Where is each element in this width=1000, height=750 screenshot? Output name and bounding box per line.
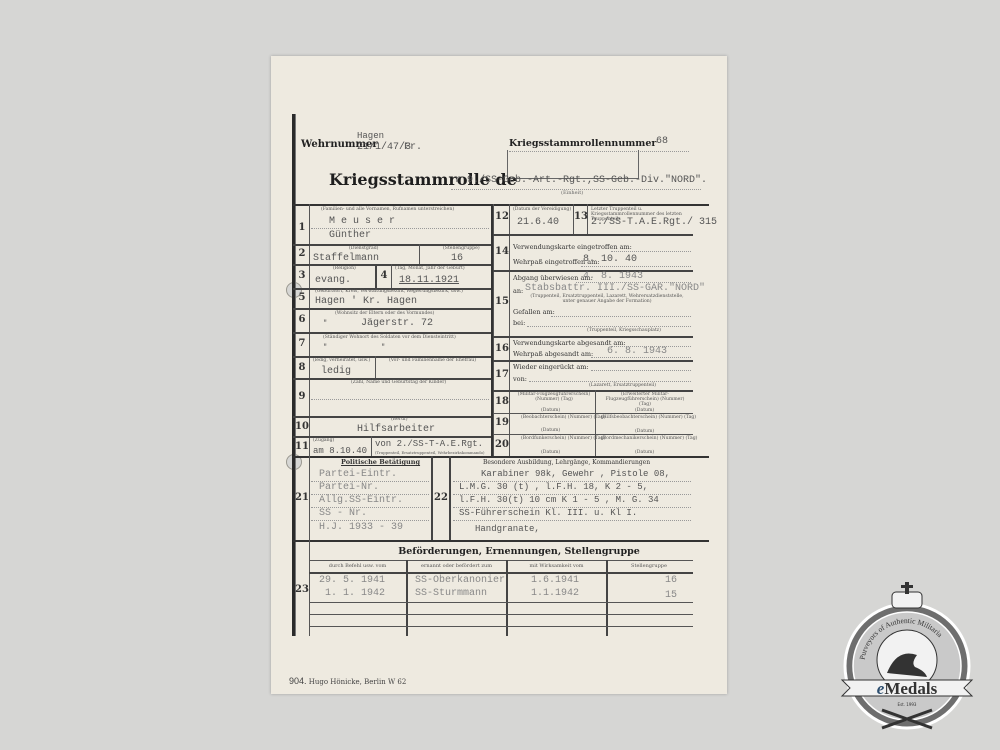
political-line: SS - Nr.	[319, 508, 367, 519]
row-number: 5	[295, 292, 309, 303]
pay-group-cell: 15	[665, 590, 677, 601]
field-caption: (Datum)	[635, 450, 654, 455]
surname-value: M e u s e r	[329, 216, 395, 227]
row-number: 14	[495, 246, 509, 257]
row-number: 8	[295, 362, 309, 373]
ditto-mark: "	[323, 320, 327, 328]
divider	[493, 204, 494, 456]
field-caption: (Datum)	[541, 450, 560, 455]
row-label: (Geburtsort, Kreis, Verwaltungsbezirk, R…	[315, 289, 463, 294]
divider	[453, 520, 691, 521]
field-label: Wieder eingerückt am:	[513, 363, 589, 371]
ditto-mark: "	[323, 344, 327, 352]
divider	[419, 244, 420, 264]
wehrnummer-value: 21/1/47/3	[357, 142, 411, 153]
row-label: (Militär-Flugzeugführerschein) (Nummer) …	[515, 392, 593, 402]
pay-group-cell: 16	[665, 575, 677, 586]
row-number: 23	[295, 584, 309, 595]
field-label: Verwendungskarte eingetroffen am:	[513, 243, 632, 251]
row-label: (Dienstgrad)	[349, 246, 378, 251]
row-label: (Hilfsbeobachterschein) (Nummer) (Tag)	[601, 415, 696, 420]
row-label: (Truppenteil, Ersatztruppenteil, Wehrbez…	[375, 450, 484, 455]
divider	[529, 381, 691, 382]
form-footer: 904. Hugo Hönicke, Berlin W 62	[289, 676, 406, 686]
divider	[309, 602, 693, 603]
field-caption: (Lazarett, Ersatztruppenteil)	[589, 383, 656, 388]
row-label: (Stellengruppe)	[443, 246, 480, 251]
divider	[611, 251, 691, 252]
birth-date-value: 18.11.1921	[399, 275, 459, 286]
row-number: 3	[295, 270, 309, 281]
divider	[551, 316, 691, 317]
column-header: durch Befehl usw. vom	[309, 563, 406, 569]
divider	[595, 390, 596, 456]
divider	[581, 266, 691, 267]
row-label: (Datum der Vereidigung)	[513, 207, 571, 212]
divider	[311, 520, 429, 521]
entry-unit-value: von 2./SS-T-A.E.Rgt.	[375, 439, 483, 449]
training-line: Handgranate,	[475, 524, 540, 534]
divider	[493, 336, 693, 338]
row-number: 2	[295, 248, 309, 259]
divider	[509, 204, 510, 456]
form-frame-inner	[295, 114, 296, 636]
divider	[493, 360, 693, 362]
row-label: (Familien- und alle Vornamen, Rufnamen u…	[321, 207, 454, 212]
effective-date-cell: 1.1.1942	[531, 588, 579, 599]
effective-date-cell: 1.6.1941	[531, 575, 579, 586]
field-label: von:	[513, 375, 527, 383]
field-caption: (Truppenteil, Ersatztruppenteil, Lazaret…	[527, 294, 687, 304]
ditto-mark: "	[381, 344, 385, 352]
divider	[309, 560, 693, 561]
divider	[449, 456, 451, 540]
divider	[311, 399, 489, 400]
wehrpass-sent-value: 6. 8. 1943	[607, 346, 667, 357]
wehrnummer-suffix: Fr.	[404, 142, 422, 153]
row-number: 11	[295, 441, 309, 452]
divider	[493, 434, 693, 435]
svg-text:eMedals: eMedals	[877, 679, 938, 698]
divider	[371, 436, 372, 456]
column-header: mit Wirksamkeit vom	[507, 563, 606, 569]
document-page: Wehrnummer Hagen 21/1/47/3 Fr. Kriegssta…	[271, 56, 727, 694]
divider	[375, 356, 376, 378]
row-label: (Zahl, Name und Geburtstag der Kinder)	[351, 380, 446, 385]
divider	[309, 456, 310, 540]
divider	[309, 572, 693, 574]
field-label: bei:	[513, 319, 525, 327]
row-number: 13	[574, 211, 587, 222]
rank-cell: SS-Sturmmann	[415, 588, 487, 599]
divider	[293, 540, 709, 542]
kriegsstammrollennummer-value: 68	[656, 136, 668, 147]
row-label: (Erweiterter Militär-Flugzeugführerschei…	[599, 392, 691, 407]
pay-group-value: 16	[451, 253, 463, 264]
parents-address-value: Jägerstr. 72	[361, 318, 433, 329]
order-date-cell: 29. 5. 1941	[319, 575, 385, 586]
field-caption: (Datum)	[541, 428, 560, 433]
row-number: 4	[377, 270, 391, 281]
row-label: (Bordmechanikerschein) (Nummer) (Tag)	[601, 436, 697, 441]
field-label: Wehrpaß abgesandt am:	[513, 350, 593, 358]
profession-value: Hilfsarbeiter	[357, 424, 435, 435]
divider	[293, 332, 491, 334]
row-number: 7	[295, 338, 309, 349]
divider	[493, 413, 693, 414]
row-number: 6	[295, 314, 309, 325]
oath-date-value: 21.6.40	[517, 217, 559, 228]
column-header: ernannt oder befördert zum	[407, 563, 506, 569]
birthplace-value: Hagen ' Kr. Hagen	[315, 296, 417, 307]
row-label: (Zugang)	[313, 438, 334, 443]
training-line: Karabiner 98k, Gewehr , Pistole 08,	[481, 469, 670, 479]
political-line: Partei-Nr.	[319, 482, 379, 493]
departure-date-value: 4. 8. 1943	[583, 271, 643, 282]
field-label: Gefallen am:	[513, 308, 555, 316]
training-line: l.F.H. 30(t) 10 cm K 1 - 5 , M. G. 34	[459, 495, 659, 505]
given-name-value: Günther	[329, 230, 371, 241]
training-heading: Besondere Ausbildung, Lehrgänge, Kommand…	[483, 459, 650, 466]
training-line: L.M.G. 30 (t) , l.F.H. 18, K 2 - 5,	[459, 482, 648, 492]
divider	[591, 357, 691, 358]
wehrpass-received-value: 8. 10. 40	[583, 254, 637, 265]
column-header: Stellengruppe	[607, 563, 691, 569]
last-unit-value: 2./SS-T.A.E.Rgt./ 315	[591, 217, 717, 228]
unit-caption: (Einheit)	[561, 190, 583, 196]
row-number: 1	[295, 222, 309, 233]
political-line: H.J. 1933 - 39	[319, 522, 403, 533]
entry-date-value: am 8.10.40	[313, 446, 367, 456]
row-number: 9	[295, 391, 309, 402]
divider	[311, 228, 489, 229]
row-number: 19	[495, 417, 509, 428]
transfer-unit-value: Stabsbattr. III./SS-GAR."NORD"	[525, 283, 705, 294]
unit-value: r 9./SS-Geb.-Art.-Rgt.,SS-Geb.-Div."NORD…	[455, 175, 707, 186]
row-number: 10	[295, 421, 309, 432]
divider	[591, 370, 691, 371]
field-label: an:	[513, 287, 523, 295]
divider	[309, 204, 310, 456]
row-label: (Beobachterschein) (Nummer) (Tag)	[521, 415, 606, 420]
printer-imprint: Hugo Hönicke, Berlin W 62	[309, 678, 407, 686]
brand-name: Medals	[884, 679, 937, 698]
divider	[293, 308, 491, 310]
rank-cell: SS-Oberkanonier	[415, 575, 505, 586]
promotions-heading: Beförderungen, Ernennungen, Stellengrupp…	[291, 546, 747, 557]
row-label: (Tag, Monat, Jahr der Geburt)	[395, 266, 465, 271]
divider	[527, 326, 691, 327]
emedals-logo: eMedals Est. 1993 Purveyors of Authentic…	[832, 578, 982, 738]
rank-value: Staffelmann	[313, 253, 379, 264]
row-number: 18	[495, 396, 509, 407]
political-heading: Politische Betätigung	[341, 458, 420, 466]
field-caption: (Truppenteil, Kriegsschauplatz)	[587, 328, 661, 333]
training-line: SS-Führerschein Kl. III. u. Kl I.	[459, 508, 637, 518]
row-number: 12	[495, 211, 509, 222]
field-label: Abgang überwiesen am:	[513, 274, 593, 282]
divider	[293, 204, 709, 206]
divider	[309, 614, 693, 615]
row-number: 17	[495, 369, 509, 380]
row-number: 16	[495, 343, 509, 354]
divider	[309, 626, 693, 627]
row-label: (ledig, verheiratet, usw.)	[313, 358, 370, 363]
political-line: Partei-Eintr.	[319, 469, 397, 480]
row-number: 22	[433, 492, 449, 503]
row-number: 20	[495, 439, 509, 450]
row-label: (Bordfunkerschein) (Nummer) (Tag)	[521, 436, 605, 441]
established-text: Est. 1993	[898, 702, 917, 707]
row-label: (Beruf)	[391, 417, 408, 422]
divider	[391, 264, 392, 288]
row-label: (Ständiger Wohnort des Soldaten vor dem …	[323, 335, 456, 340]
wehrnummer-place: Hagen	[357, 131, 384, 141]
religion-value: evang.	[315, 275, 351, 286]
row-number: 15	[495, 296, 509, 307]
row-label: (Wohnsitz der Eltern oder des Vormundes)	[335, 311, 434, 316]
row-number: 21	[295, 492, 309, 503]
order-date-cell: 1. 1. 1942	[325, 588, 385, 599]
divider	[493, 234, 693, 236]
row-label: (Vor- und Familienname der Ehefrau)	[389, 358, 476, 363]
kriegsstammrollennummer-label: Kriegsstammrollennummer	[509, 138, 656, 149]
marital-status-value: ledig	[321, 366, 351, 377]
political-line: Allg.SS-Eintr.	[319, 495, 403, 506]
form-number: 904.	[289, 676, 307, 686]
row-label: (Religion)	[333, 266, 356, 271]
